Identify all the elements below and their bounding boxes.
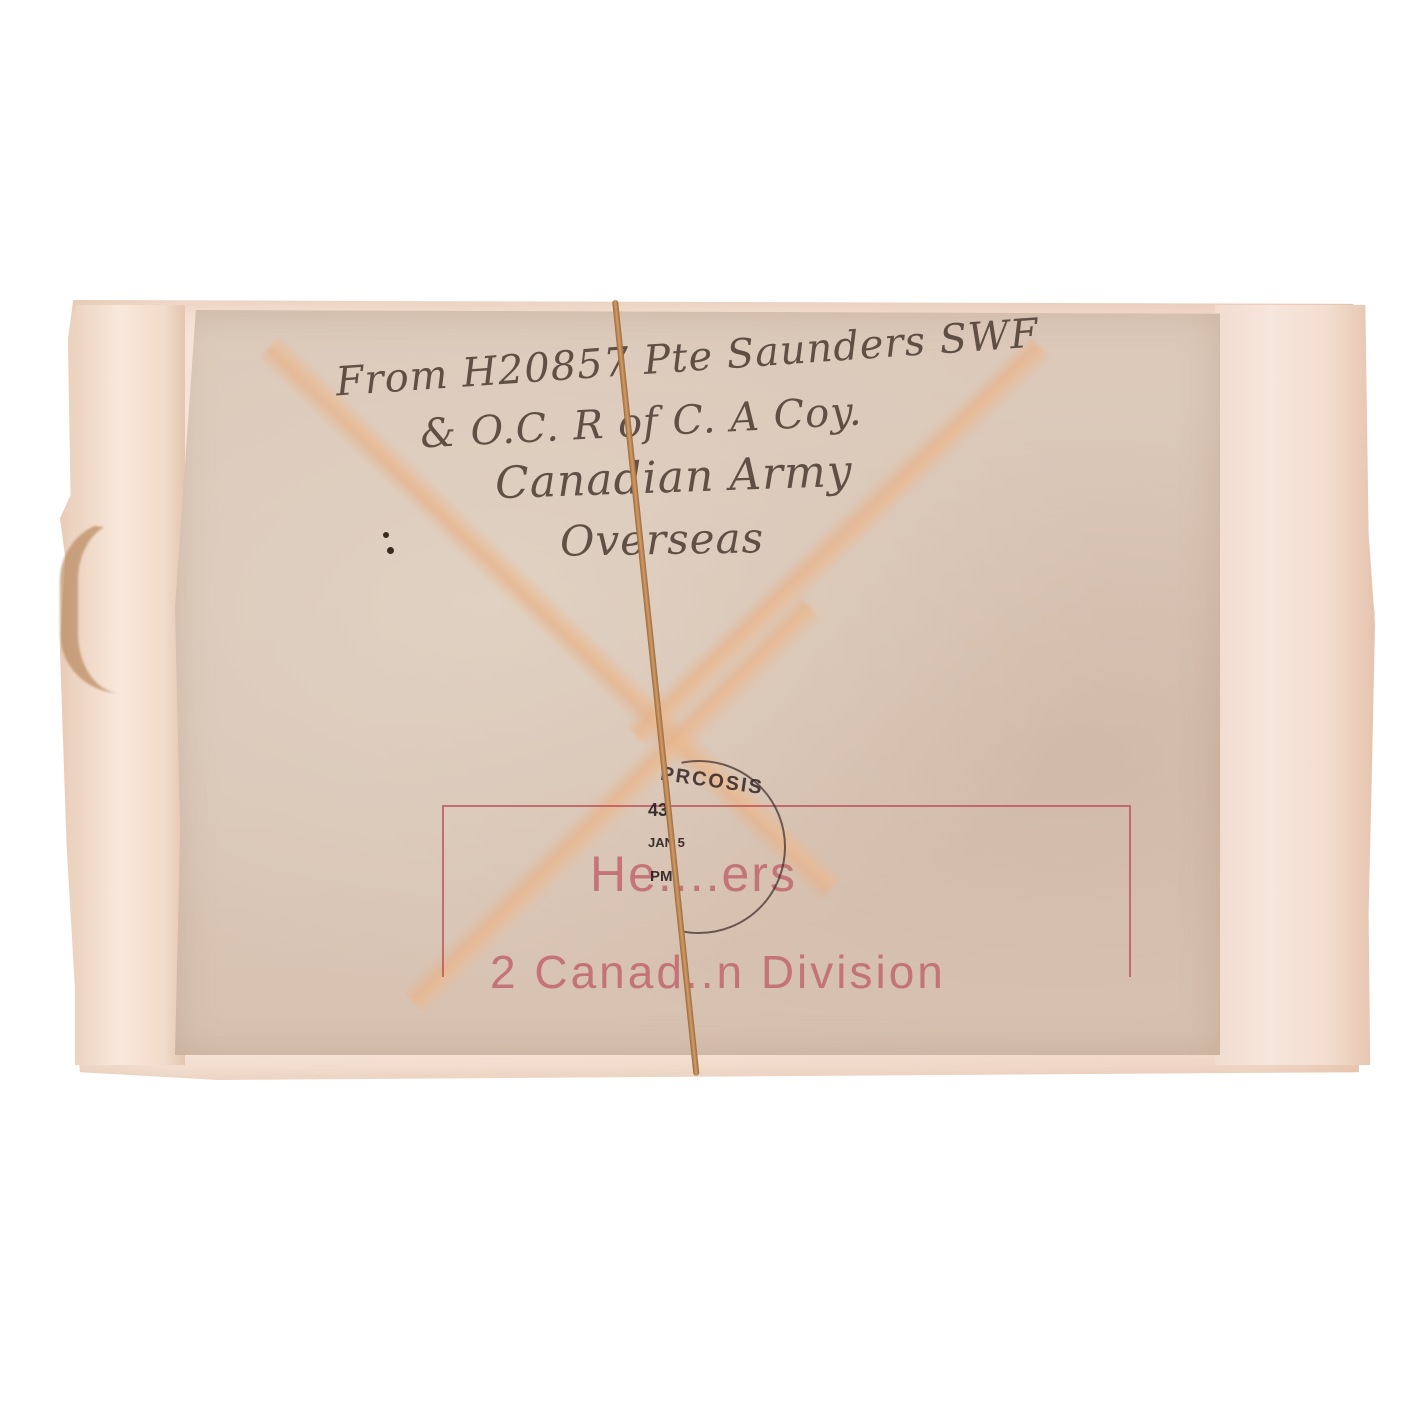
return-address-line-4: Overseas — [560, 513, 765, 566]
envelope-bundle-photo: From H20857 Pte Saunders SWF & O.C. R of… — [0, 0, 1426, 1426]
postmark-date: JAN 5 — [648, 835, 685, 850]
torn-paper-curl — [60, 520, 158, 693]
postmark-time: PM — [650, 868, 673, 885]
ink-spot — [383, 532, 389, 538]
stack-right-edge — [1215, 305, 1375, 1065]
ink-spot — [387, 547, 394, 554]
censor-stamp-division: 2 Canad..n Division — [490, 945, 946, 999]
